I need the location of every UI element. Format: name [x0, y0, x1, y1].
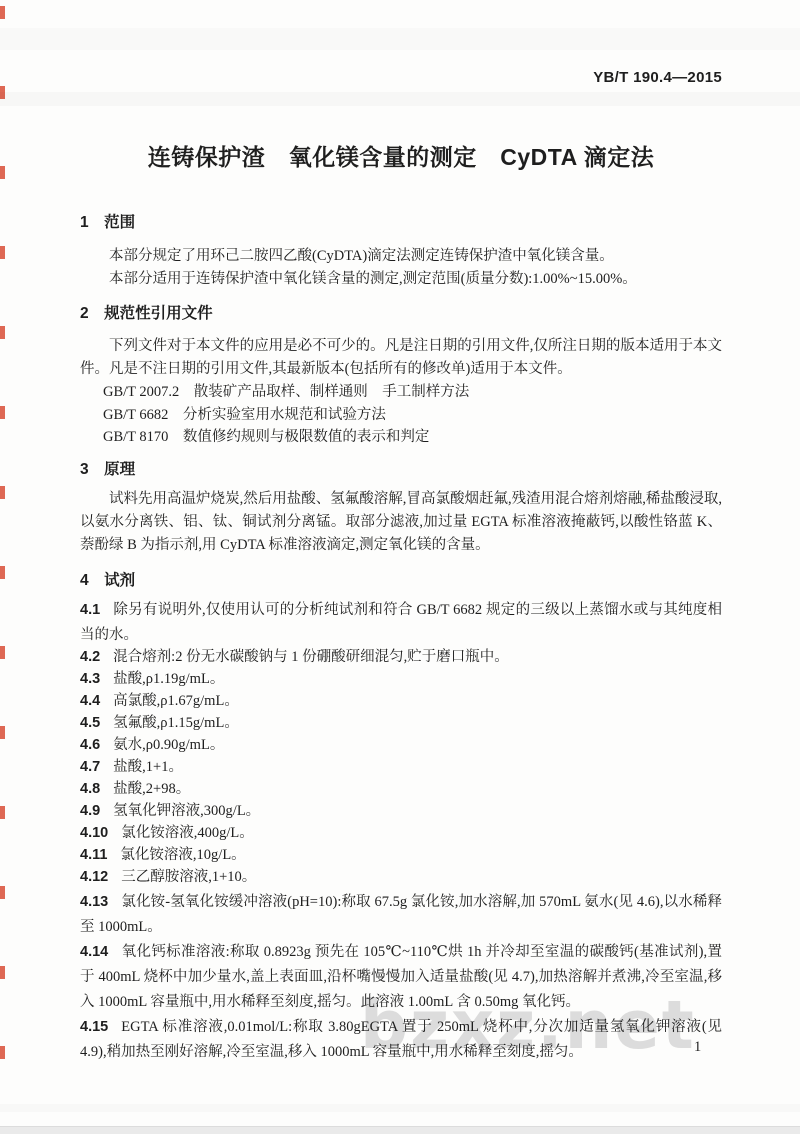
document-title: 连铸保护渣 氧化镁含量的测定 CyDTA 滴定法 — [80, 142, 722, 172]
clause-number: 4.13 — [80, 894, 108, 910]
clause-number: 4.9 — [80, 803, 100, 819]
clause-item: 4.13氯化铵-氢氧化铵缓冲溶液(pH=10):称取 67.5g 氯化铵,加水溶… — [80, 890, 722, 940]
section-heading-scope: 1 范围 — [80, 212, 722, 233]
clause-number: 4.10 — [80, 825, 108, 841]
clause-text: 盐酸,1+1。 — [113, 759, 183, 775]
clause-text: 混合熔剂:2 份无水碳酸钠与 1 份硼酸研细混匀,贮于磨口瓶中。 — [113, 649, 509, 665]
scan-streak — [0, 1104, 800, 1112]
clause-number: 4.2 — [80, 649, 100, 665]
clause-text: 氯化铵溶液,10g/L。 — [120, 847, 245, 863]
clause-list: 4.1除另有说明外,仅使用认可的分析纯试剂和符合 GB/T 6682 规定的三级… — [80, 598, 722, 1065]
clause-number: 4.6 — [80, 737, 100, 753]
document-page: YB/T 190.4—2015 连铸保护渣 氧化镁含量的测定 CyDTA 滴定法… — [0, 69, 800, 1065]
standard-code: YB/T 190.4—2015 — [80, 69, 722, 86]
clause-text: 三乙醇胺溶液,1+10。 — [121, 869, 256, 885]
scan-streak — [0, 28, 800, 50]
clause-number: 4.15 — [80, 1019, 108, 1035]
clause-number: 4.7 — [80, 759, 100, 775]
reference-item: GB/T 2007.2 散装矿产品取样、制样通则 手工制样方法 — [103, 381, 722, 404]
clause-item: 4.12三乙醇胺溶液,1+10。 — [80, 865, 722, 890]
clause-text: 盐酸,2+98。 — [113, 781, 190, 797]
clause-number: 4.12 — [80, 869, 108, 885]
paragraph: 试料先用高温炉烧炭,然后用盐酸、氢氟酸溶解,冒高氯酸烟赶氟,残渣用混合熔剂熔融,… — [80, 488, 722, 557]
reference-item: GB/T 8170 数值修约规则与极限数值的表示和判定 — [103, 426, 722, 449]
scan-bottom-edge — [0, 1126, 800, 1134]
clause-text: 氢氧化钾溶液,300g/L。 — [113, 803, 260, 819]
clause-text: 氨水,ρ0.90g/mL。 — [113, 737, 224, 753]
paragraph: 本部分规定了用环己二胺四乙酸(CyDTA)滴定法测定连铸保护渣中氧化镁含量。 — [80, 245, 722, 268]
section-heading-references: 2 规范性引用文件 — [80, 303, 722, 324]
clause-text: 盐酸,ρ1.19g/mL。 — [113, 671, 224, 687]
section-heading-reagents: 4 试剂 — [80, 570, 722, 591]
clause-number: 4.8 — [80, 781, 100, 797]
clause-number: 4.4 — [80, 693, 100, 709]
clause-text: 氯化铵溶液,400g/L。 — [121, 825, 254, 841]
section-principle: 3 原理 试料先用高温炉烧炭,然后用盐酸、氢氟酸溶解,冒高氯酸烟赶氟,残渣用混合… — [80, 459, 722, 557]
clause-number: 4.3 — [80, 671, 100, 687]
section-normative-references: 2 规范性引用文件 下列文件对于本文件的应用是必不可少的。凡是注日期的引用文件,… — [80, 303, 722, 449]
clause-text: 氢氟酸,ρ1.15g/mL。 — [113, 715, 239, 731]
clause-item: 4.1除另有说明外,仅使用认可的分析纯试剂和符合 GB/T 6682 规定的三级… — [80, 598, 722, 648]
paragraph: 本部分适用于连铸保护渣中氧化镁含量的测定,测定范围(质量分数):1.00%~15… — [80, 268, 722, 291]
section-scope: 1 范围 本部分规定了用环己二胺四乙酸(CyDTA)滴定法测定连铸保护渣中氧化镁… — [80, 212, 722, 291]
reference-item: GB/T 6682 分析实验室用水规范和试验方法 — [103, 404, 722, 427]
clause-number: 4.1 — [80, 602, 100, 618]
section-reagents: 4 试剂 4.1除另有说明外,仅使用认可的分析纯试剂和符合 GB/T 6682 … — [80, 570, 722, 1065]
clause-number: 4.5 — [80, 715, 100, 731]
clause-text: EGTA 标准溶液,0.01mol/L:称取 3.80gEGTA 置于 250m… — [80, 1019, 722, 1060]
section-heading-principle: 3 原理 — [80, 459, 722, 480]
clause-number: 4.11 — [80, 847, 107, 863]
clause-item: 4.14氧化钙标准溶液:称取 0.8923g 预先在 105℃~110℃烘 1h… — [80, 940, 722, 1015]
paragraph: 下列文件对于本文件的应用是必不可少的。凡是注日期的引用文件,仅所注日期的版本适用… — [80, 335, 722, 381]
clause-text: 氯化铵-氢氧化铵缓冲溶液(pH=10):称取 67.5g 氯化铵,加水溶解,加 … — [80, 894, 722, 935]
page-number: 1 — [694, 1039, 701, 1056]
reference-list: GB/T 2007.2 散装矿产品取样、制样通则 手工制样方法 GB/T 668… — [80, 381, 722, 449]
clause-text: 高氯酸,ρ1.67g/mL。 — [113, 693, 239, 709]
clause-item: 4.15EGTA 标准溶液,0.01mol/L:称取 3.80gEGTA 置于 … — [80, 1015, 722, 1065]
clause-text: 氧化钙标准溶液:称取 0.8923g 预先在 105℃~110℃烘 1h 并冷却… — [80, 944, 722, 1010]
clause-number: 4.14 — [80, 944, 108, 960]
clause-text: 除另有说明外,仅使用认可的分析纯试剂和符合 GB/T 6682 规定的三级以上蒸… — [80, 602, 722, 643]
